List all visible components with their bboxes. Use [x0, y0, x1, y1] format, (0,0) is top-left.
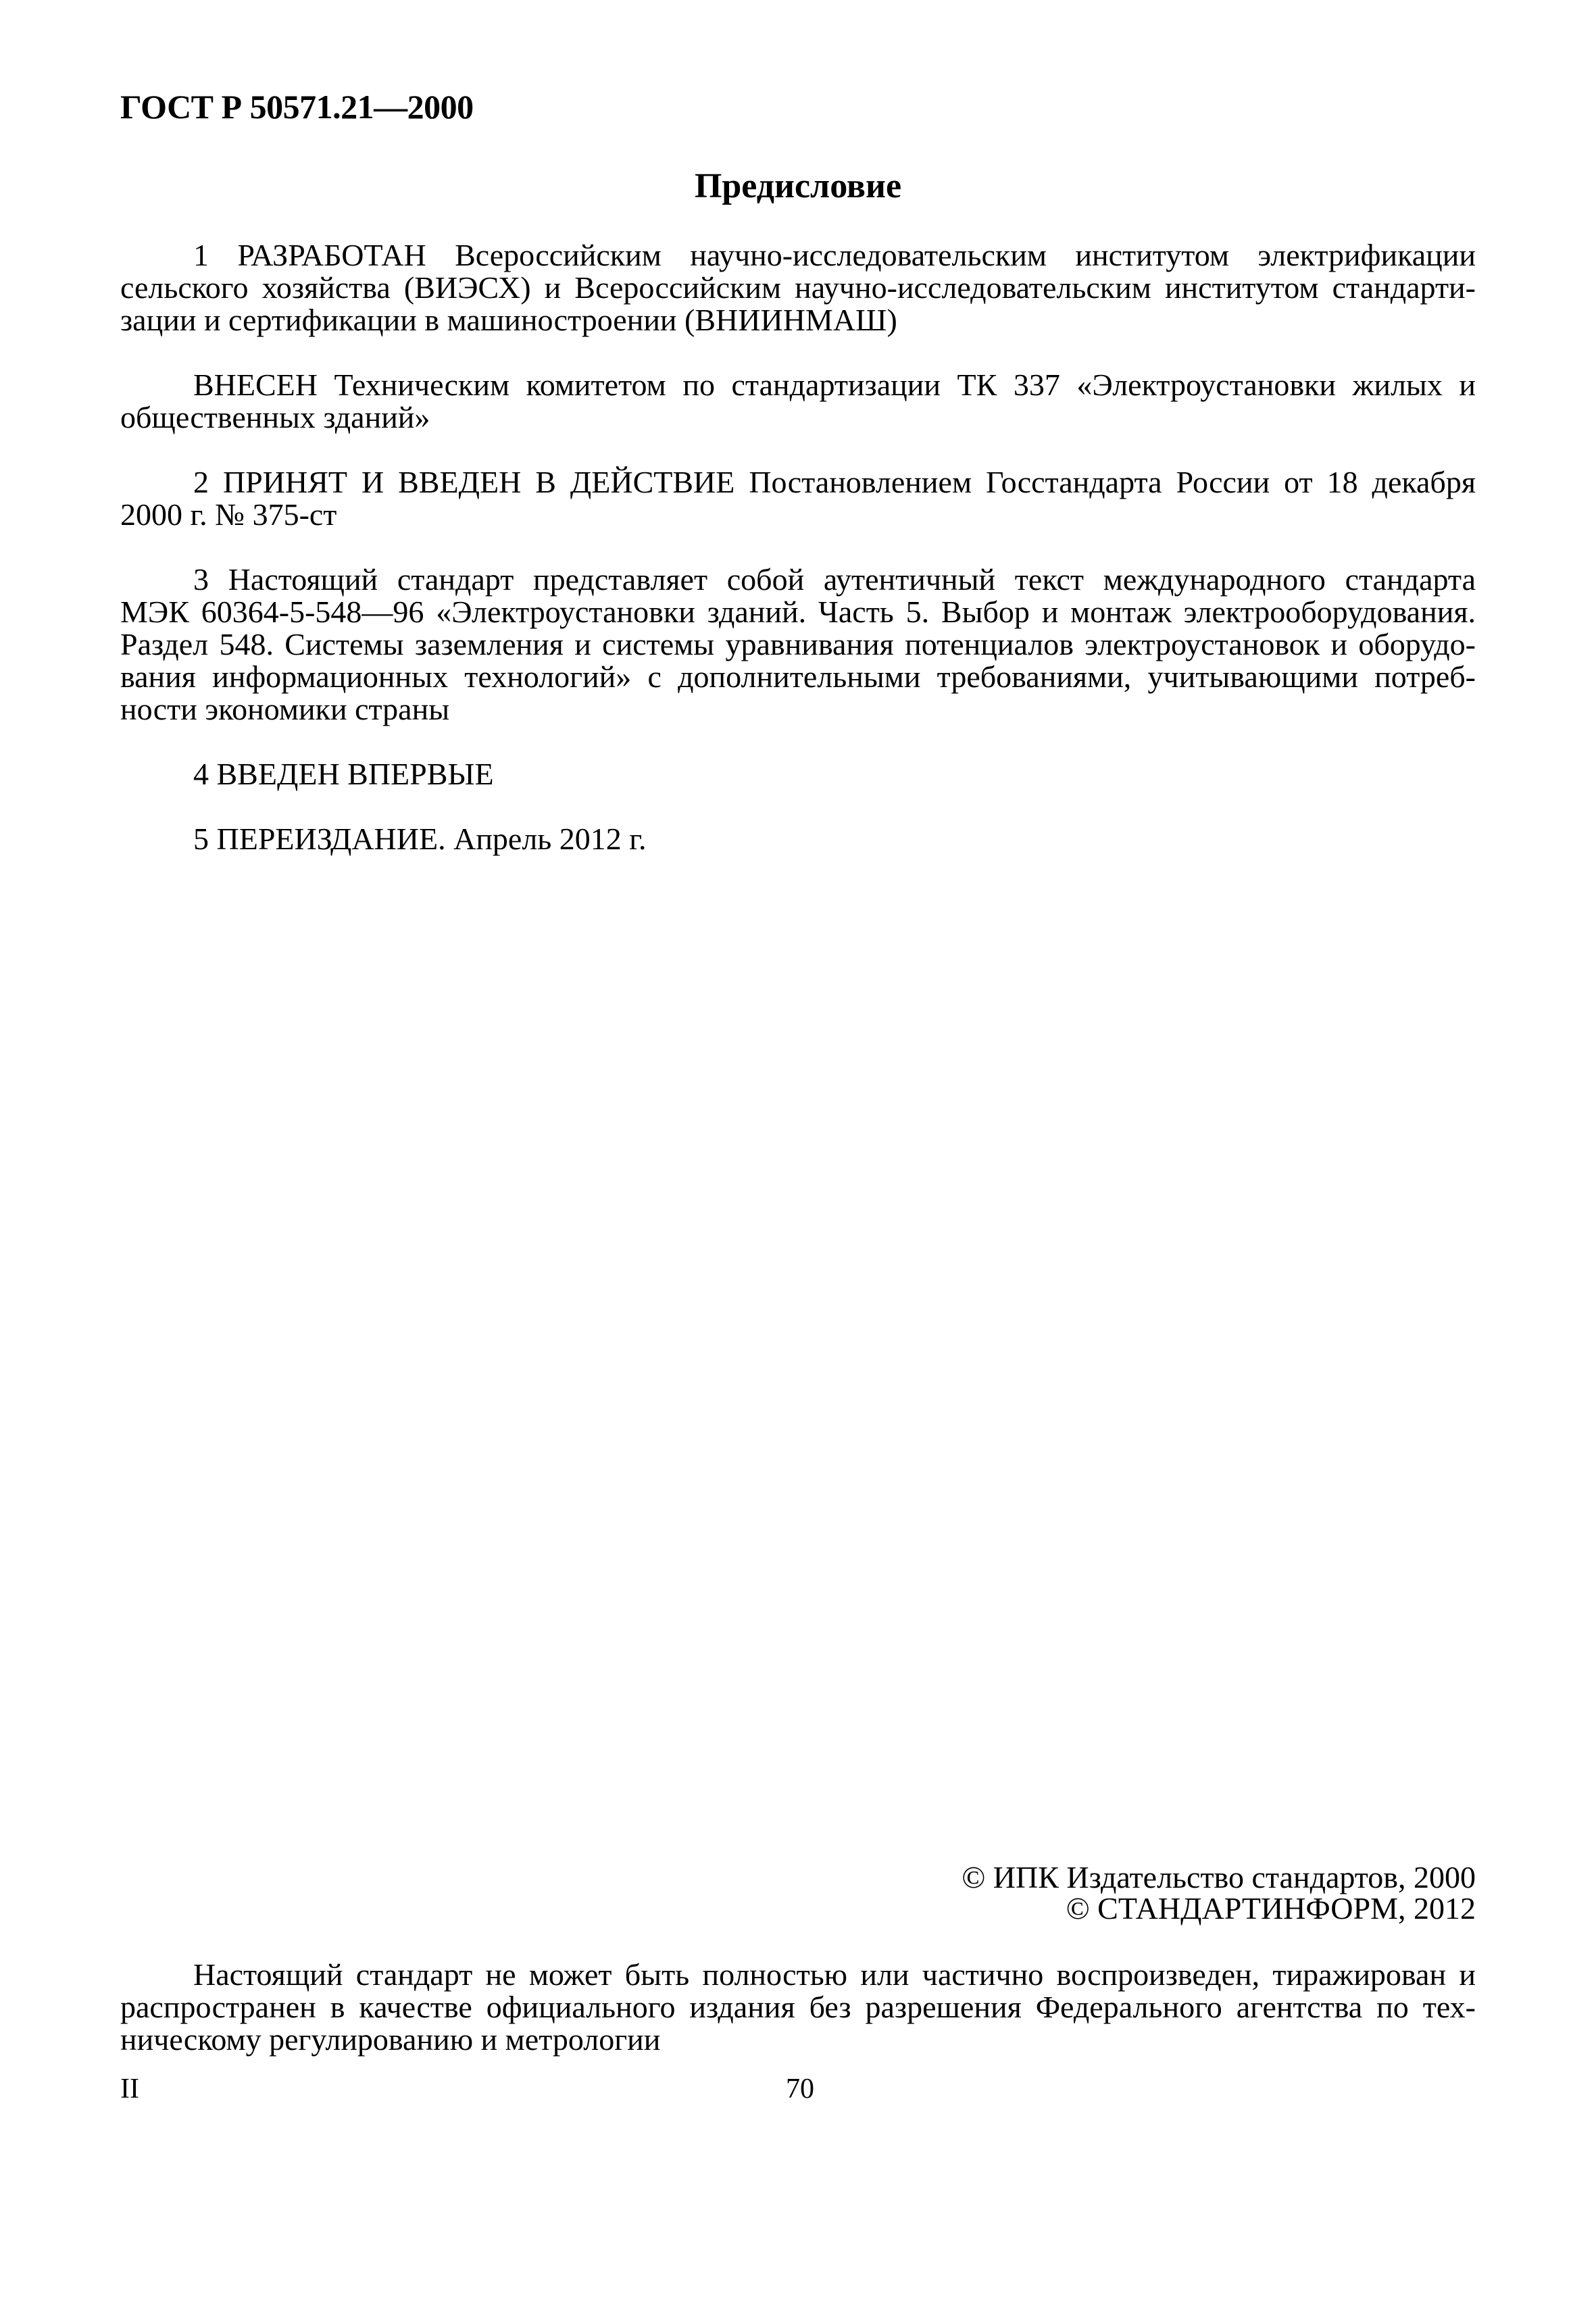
text-line: 3 Настоящий стандарт представляет собой …	[120, 563, 1476, 596]
paragraph-authentic-text: 3 Настоящий стандарт представляет собой …	[120, 563, 1476, 726]
reproduction-notice: Настоящий стандарт не может быть полност…	[120, 1959, 1476, 2056]
text-line: ническому регулированию и метрологии	[120, 2023, 1476, 2056]
text-line: 5 ПЕРЕИЗДАНИЕ. Апрель 2012 г.	[120, 823, 1476, 855]
text-line: Раздел 548. Системы заземления и системы…	[120, 628, 1476, 661]
text-line: Настоящий стандарт не может быть полност…	[120, 1959, 1476, 1991]
text-line: 2 ПРИНЯТ И ВВЕДЕН В ДЕЙСТВИЕ Постановлен…	[120, 466, 1476, 499]
paragraph-adopted: 2 ПРИНЯТ И ВВЕДЕН В ДЕЙСТВИЕ Постановлен…	[120, 466, 1476, 531]
text-line: 4 ВВЕДЕН ВПЕРВЫЕ	[120, 758, 1476, 790]
text-line: ности экономики страны	[120, 693, 1476, 726]
text-line: 1 РАЗРАБОТАН Всероссийским научно-исслед…	[120, 239, 1476, 272]
paragraph-developed-by: 1 РАЗРАБОТАН Всероссийским научно-исслед…	[120, 239, 1476, 336]
text-line: МЭК 60364-5-548—96 «Электроустановки зда…	[120, 596, 1476, 628]
text-line: зации и сертификации в машиностроении (В…	[120, 304, 1476, 336]
text-line: вания информационных технологий» с допол…	[120, 661, 1476, 693]
foreword-body: 1 РАЗРАБОТАН Всероссийским научно-исслед…	[120, 239, 1476, 888]
copyright-line: © СТАНДАРТИНФОРМ, 2012	[120, 1893, 1476, 1924]
page-roman-numeral: II	[120, 2073, 139, 2105]
paragraph-first-introduced: 4 ВВЕДЕН ВПЕРВЫЕ	[120, 758, 1476, 790]
page-number: 70	[786, 2073, 814, 2105]
text-line: 2000 г. № 375-ст	[120, 499, 1476, 531]
text-line: ВНЕСЕН Техническим комитетом по стандарт…	[120, 369, 1476, 401]
text-line: сельского хозяйства (ВИЭСХ) и Всероссийс…	[120, 272, 1476, 304]
document-code: ГОСТ Р 50571.21—2000	[120, 86, 474, 127]
copyright-block: © ИПК Издательство стандартов, 2000 © СТ…	[120, 1862, 1476, 1924]
text-line: общественных зданий»	[120, 401, 1476, 434]
text-line: распространен в качестве официального из…	[120, 1991, 1476, 2023]
copyright-line: © ИПК Издательство стандартов, 2000	[120, 1862, 1476, 1893]
paragraph-reissue: 5 ПЕРЕИЗДАНИЕ. Апрель 2012 г.	[120, 823, 1476, 855]
page-title: Предисловие	[0, 166, 1596, 207]
paragraph-introduced-by: ВНЕСЕН Техническим комитетом по стандарт…	[120, 369, 1476, 434]
